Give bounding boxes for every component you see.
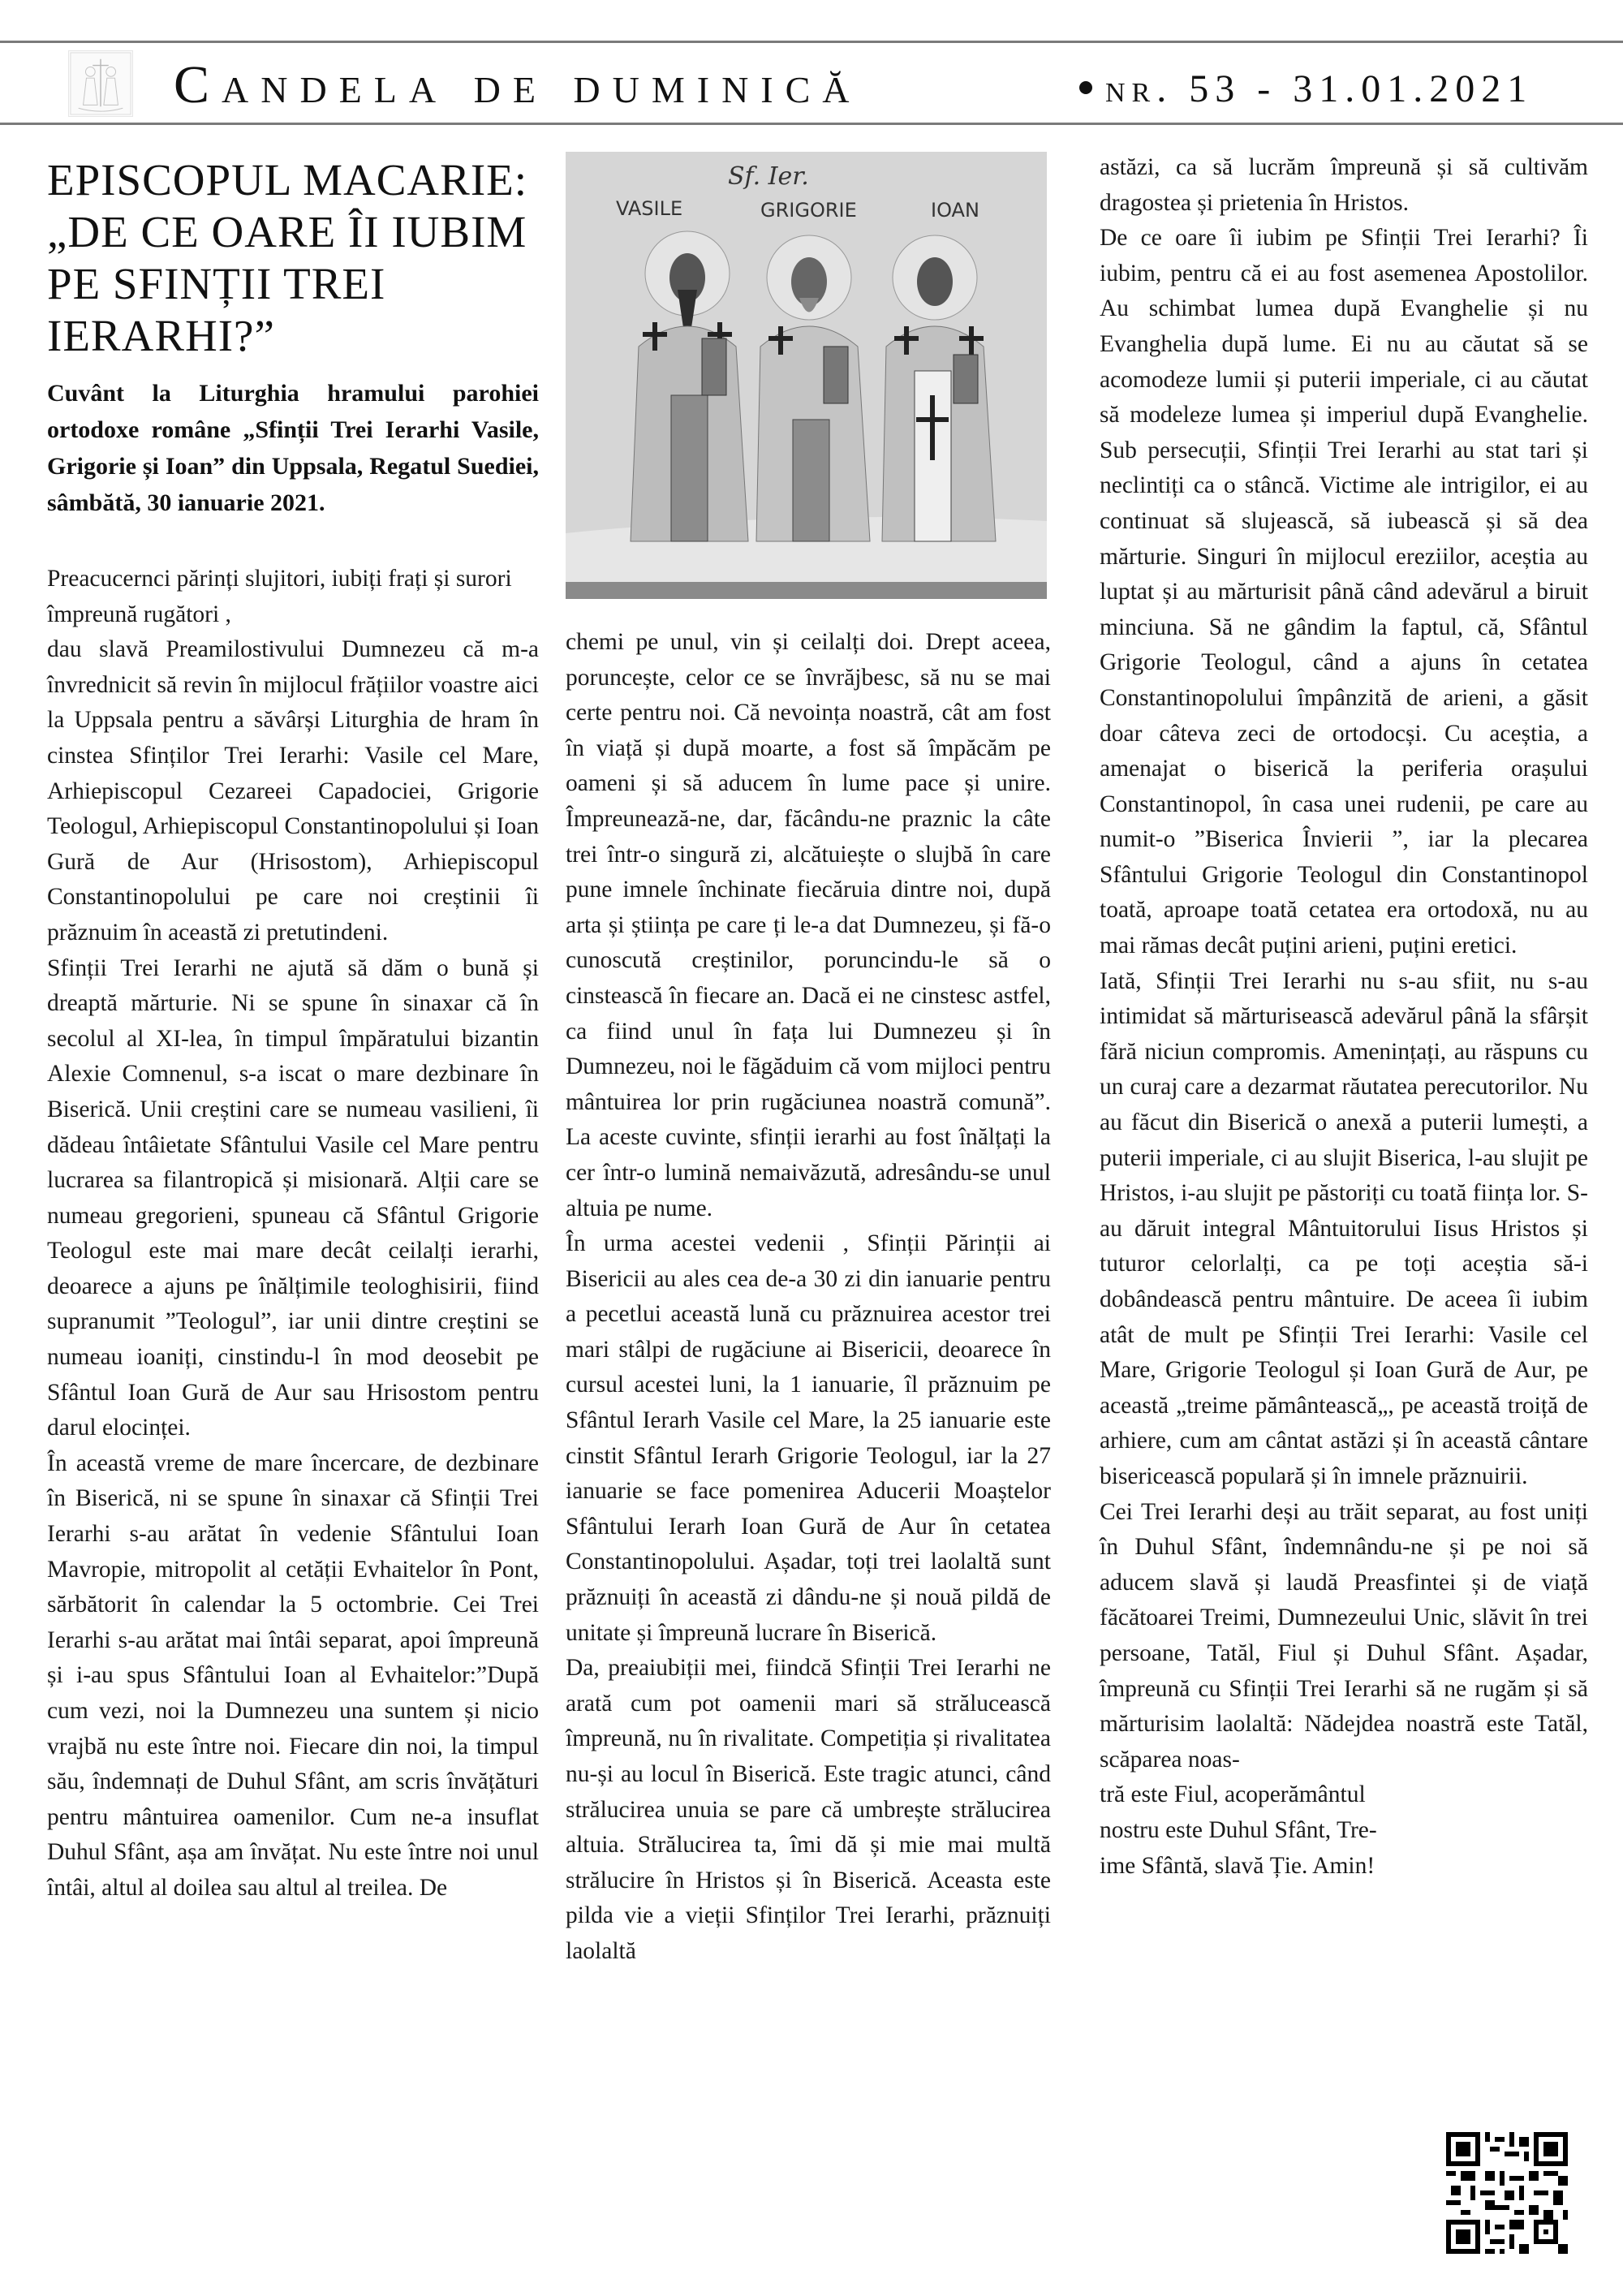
masthead-bullet xyxy=(1079,81,1092,94)
parish-logo-icon xyxy=(68,50,133,117)
paragraph: Sfinții Trei Ierarhi ne ajută să dăm o b… xyxy=(47,951,539,1446)
paragraph: astăzi, ca să lucrăm împreună și să cult… xyxy=(1100,150,1588,221)
svg-text:VASILE: VASILE xyxy=(616,197,682,220)
three-hierarchs-icon-image: Sf. Ier. VASILE GRIGORIE IOAN xyxy=(566,152,1047,599)
closing-line: nostru este Duhul Sfânt, Tre- xyxy=(1100,1813,1440,1849)
closing-line: ime Sfântă, slavă Ție. Amin! xyxy=(1100,1849,1440,1885)
paragraph: Preacucernci părinți slujitori, iubiți f… xyxy=(47,562,539,632)
paragraph: Da, preaiubiții mei, fiindcă Sfinții Tre… xyxy=(566,1651,1051,1969)
closing-lines: tră este Fiul, acoperământul nostru este… xyxy=(1100,1777,1440,1884)
closing-line: tră este Fiul, acoperământul xyxy=(1100,1777,1440,1813)
qr-code-icon[interactable] xyxy=(1446,2132,1568,2254)
paragraph: În urma acestei vedenii , Sfinții Părinț… xyxy=(566,1226,1051,1651)
paragraph: dau slavă Preamilostivului Dumnezeu că m… xyxy=(47,632,539,950)
svg-text:GRIGORIE: GRIGORIE xyxy=(760,199,857,222)
issue-number-date: nr. 53 - 31.01.2021 xyxy=(1105,57,1533,122)
masthead-rule-bottom xyxy=(0,123,1623,125)
paragraph: Iată, Sfinții Trei Ierarhi nu s-au sfiit… xyxy=(1100,964,1588,1495)
paragraph: chemi pe unul, vin și ceilalți doi. Drep… xyxy=(566,625,1051,1226)
article-subhead: Cuvânt la Liturghia hramului parohiei or… xyxy=(47,375,539,521)
paragraph: În această vreme de mare încercare, de d… xyxy=(47,1446,539,1906)
paragraph: De ce oare îi iubim pe Sfinții Trei Iera… xyxy=(1100,221,1588,963)
masthead-rule-top xyxy=(0,41,1623,43)
left-column-text: Preacucernci părinți slujitori, iubiți f… xyxy=(47,562,539,1906)
right-column-text: astăzi, ca să lucrăm împreună și să cult… xyxy=(1100,150,1588,1884)
masthead-title: Candela de duminică xyxy=(174,49,862,122)
svg-text:IOAN: IOAN xyxy=(931,199,979,222)
paragraph: Cei Trei Ierarhi deși au trăit separat, … xyxy=(1100,1495,1588,1778)
article-headline: EPISCOPUL MACARIE: „DE CE OARE ÎI IUBIM … xyxy=(47,154,539,362)
svg-text:Sf. Ier.: Sf. Ier. xyxy=(728,162,809,191)
middle-column-text: chemi pe unul, vin și ceilalți doi. Drep… xyxy=(566,625,1051,1970)
